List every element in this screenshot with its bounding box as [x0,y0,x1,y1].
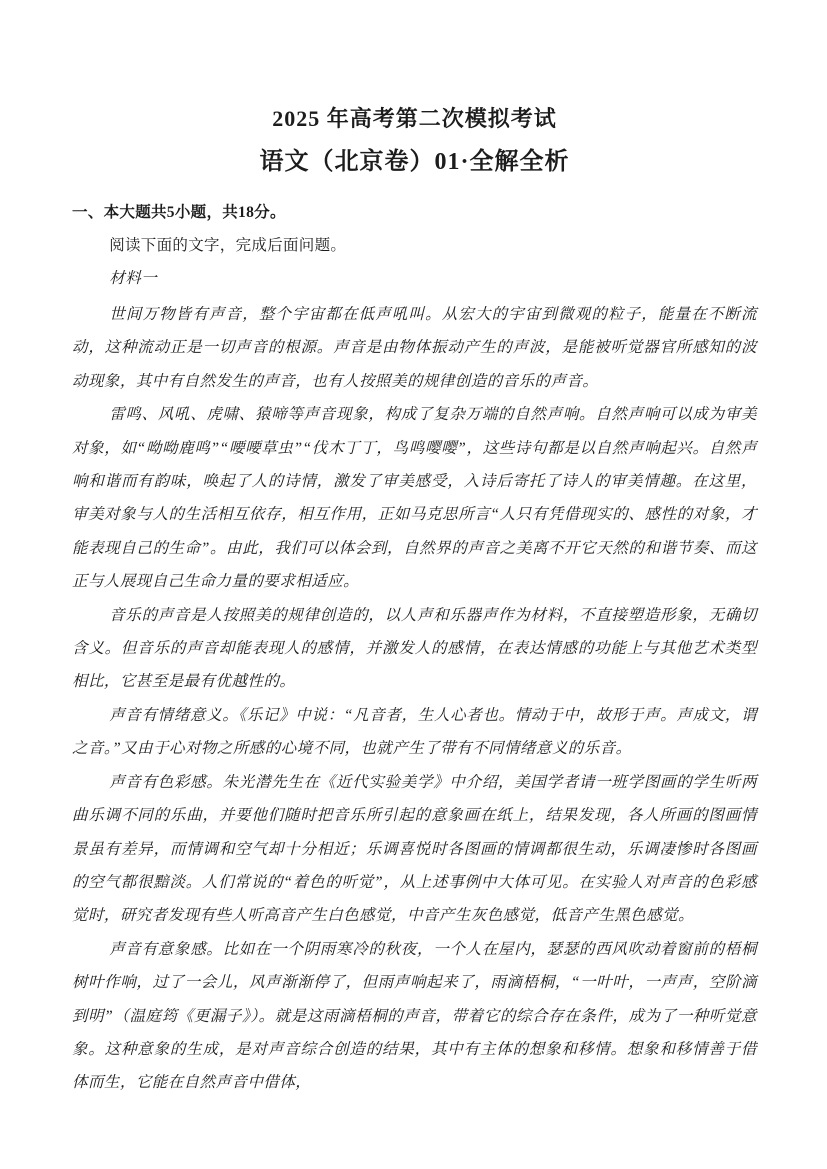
document-page: 2025 年高考第二次模拟考试 语文（北京卷）01·全解全析 一、本大题共5小题… [0,0,827,1169]
material-text: 世间万物皆有声音，整个宇宙都在低声吼叫。从宏大的宇宙到微观的粒子，能量在不断流动… [72,298,757,1100]
exam-title: 2025 年高考第二次模拟考试 [72,104,757,134]
paragraph: 音乐的声音是人按照美的规律创造的，以人声和乐器声作为材料，不直接塑造形象，无确切… [72,599,757,699]
paragraph: 世间万物皆有声音，整个宇宙都在低声吼叫。从宏大的宇宙到微观的粒子，能量在不断流动… [72,298,757,398]
paragraph: 声音有色彩感。朱光潜先生在《近代实验美学》中介绍，美国学者请一班学图画的学生听两… [72,766,757,933]
section-heading: 一、本大题共5小题，共18分。 [72,203,757,223]
paragraph: 声音有情绪意义。《乐记》中说：“凡音者，生人心者也。情动于中，故形于声。声成文，… [72,699,757,766]
paragraph: 雷鸣、风吼、虎啸、猿啼等声音现象，构成了复杂万端的自然声响。自然声响可以成为审美… [72,398,757,598]
paragraph: 声音有意象感。比如在一个阴雨寒冷的秋夜，一个人在屋内，瑟瑟的西风吹动着窗前的梧桐… [72,933,757,1100]
exam-subtitle: 语文（北京卷）01·全解全析 [72,146,757,178]
reading-instruction: 阅读下面的文字，完成后面问题。 [72,236,757,256]
material-label: 材料一 [72,269,757,289]
